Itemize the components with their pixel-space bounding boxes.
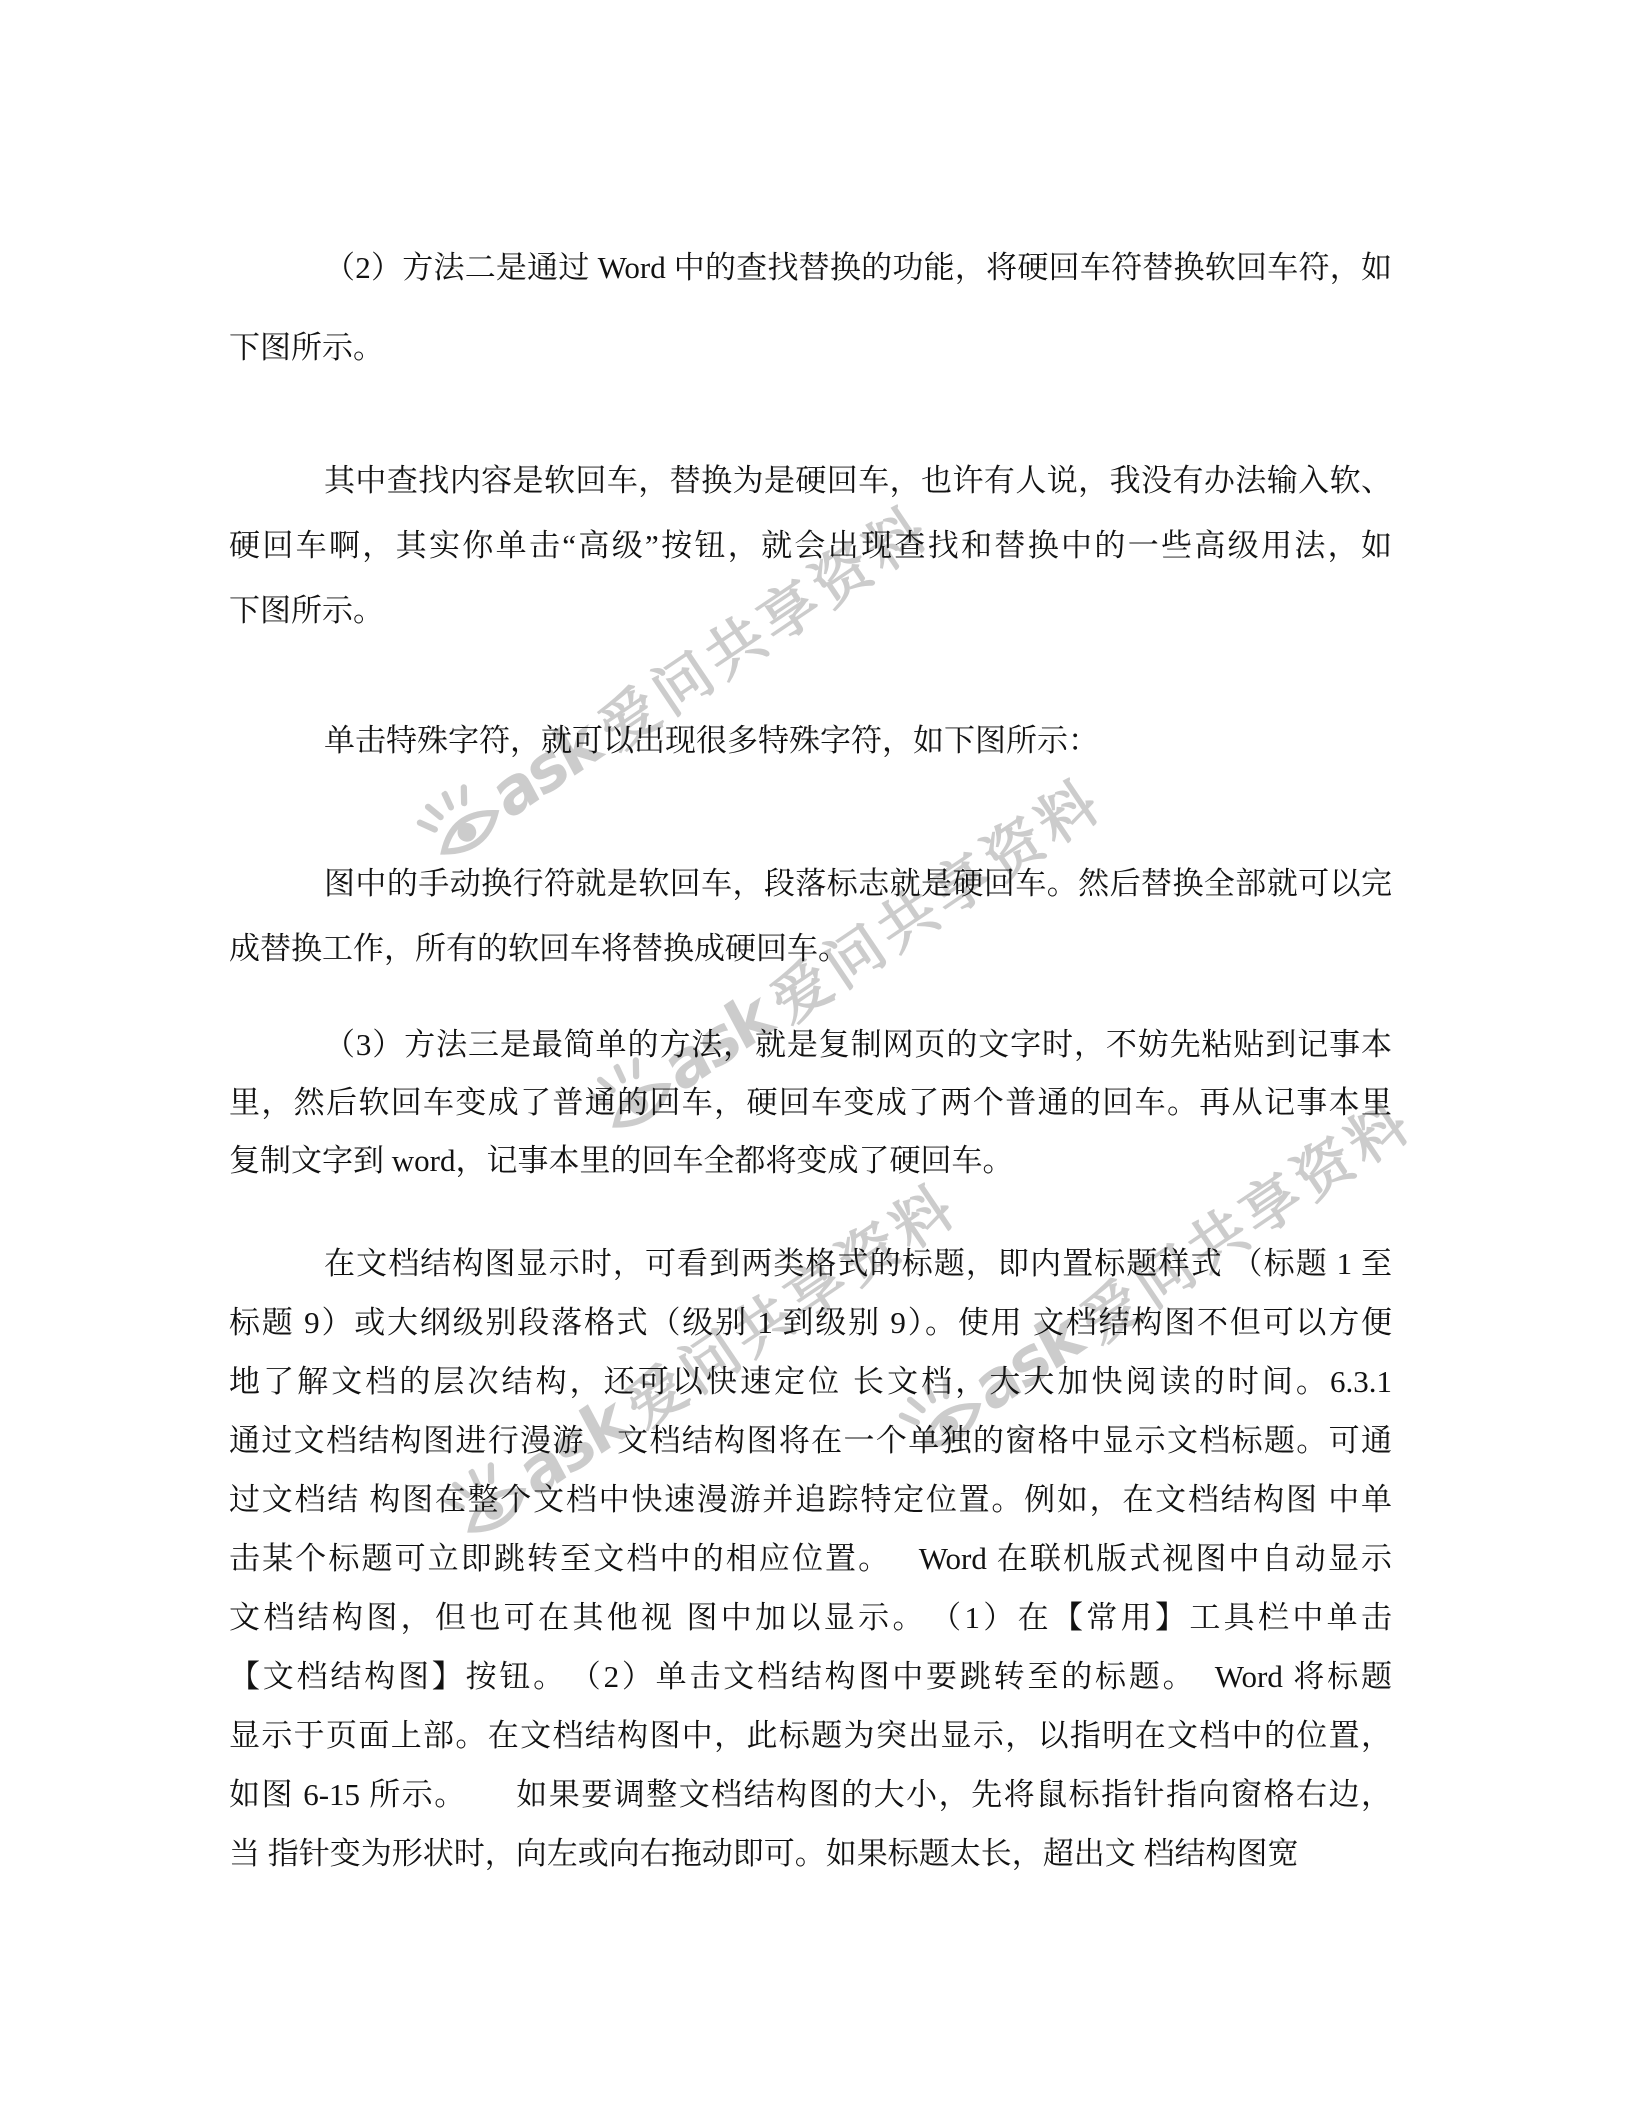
paragraph: 单击特殊字符，就可以出现很多特殊字符，如下图所示： [229, 708, 1392, 773]
text-line: 硬回车啊，其实你单击“高级”按钮，就会出现查找和替换中的一些高级用法，如 [229, 513, 1392, 578]
document-content: （2）方法二是通过 Word 中的查找替换的功能，将硬回车符替换软回车符，如下图… [229, 228, 1392, 1883]
text-line: 文档结构图，但也可在其他视 图中加以显示。 （1）在【常用】工具栏中单击 [229, 1588, 1392, 1647]
text-line: 击某个标题可立即跳转至文档中的相应位置。 Word 在联机版式视图中自动显示 [229, 1529, 1392, 1588]
paragraph: （3）方法三是最简单的方法，就是复制网页的文字时，不妨先粘贴到记事本里，然后软回… [229, 1016, 1392, 1190]
paragraph: （2）方法二是通过 Word 中的查找替换的功能，将硬回车符替换软回车符，如下图… [229, 228, 1392, 388]
text-line: 下图所示。 [229, 578, 1392, 643]
text-line: （2）方法二是通过 Word 中的查找替换的功能，将硬回车符替换软回车符，如 [229, 228, 1392, 308]
text-line: 地了解文档的层次结构，还可以快速定位 长文档，大大加快阅读的时间。6.3.1 [229, 1352, 1392, 1411]
text-line: 过文档结 构图在整个文档中快速漫游并追踪特定位置。例如，在文档结构图 中单 [229, 1470, 1392, 1529]
text-line: 下图所示。 [229, 308, 1392, 388]
text-line: 里，然后软回车变成了普通的回车，硬回车变成了两个普通的回车。再从记事本里 [229, 1074, 1392, 1132]
text-line: 通过文档结构图进行漫游 文档结构图将在一个单独的窗格中显示文档标题。可通 [229, 1411, 1392, 1470]
paragraph: 其中查找内容是软回车，替换为是硬回车，也许有人说，我没有办法输入软、硬回车啊，其… [229, 448, 1392, 643]
text-line: 标题 9）或大纲级别段落格式（级别 1 到级别 9）。使用 文档结构图不但可以方… [229, 1293, 1392, 1352]
document-page: ask 爱问共享资料 ask 爱问共享资料 [0, 0, 1632, 2112]
text-line: 如图 6-15 所示。 如果要调整文档结构图的大小，先将鼠标指针指向窗格右边， [229, 1765, 1392, 1824]
paragraph: 在文档结构图显示时，可看到两类格式的标题，即内置标题样式 （标题 1 至标题 9… [229, 1234, 1392, 1883]
text-line: 其中查找内容是软回车，替换为是硬回车，也许有人说，我没有办法输入软、 [229, 448, 1392, 513]
text-line: 【文档结构图】按钮。 （2）单击文档结构图中要跳转至的标题。 Word 将标题 [229, 1647, 1392, 1706]
text-line: 图中的手动换行符就是软回车，段落标志就是硬回车。然后替换全部就可以完 [229, 851, 1392, 916]
text-line: 复制文字到 word，记事本里的回车全都将变成了硬回车。 [229, 1132, 1392, 1190]
text-line: 在文档结构图显示时，可看到两类格式的标题，即内置标题样式 （标题 1 至 [229, 1234, 1392, 1293]
text-line: 成替换工作，所有的软回车将替换成硬回车。 [229, 916, 1392, 981]
paragraph: 图中的手动换行符就是软回车，段落标志就是硬回车。然后替换全部就可以完成替换工作，… [229, 851, 1392, 981]
text-line: （3）方法三是最简单的方法，就是复制网页的文字时，不妨先粘贴到记事本 [229, 1016, 1392, 1074]
text-line: 当 指针变为形状时，向左或向右拖动即可。如果标题太长，超出文 档结构图宽 [229, 1824, 1392, 1883]
text-line: 显示于页面上部。在文档结构图中，此标题为突出显示，以指明在文档中的位置， [229, 1706, 1392, 1765]
text-line: 单击特殊字符，就可以出现很多特殊字符，如下图所示： [229, 708, 1392, 773]
